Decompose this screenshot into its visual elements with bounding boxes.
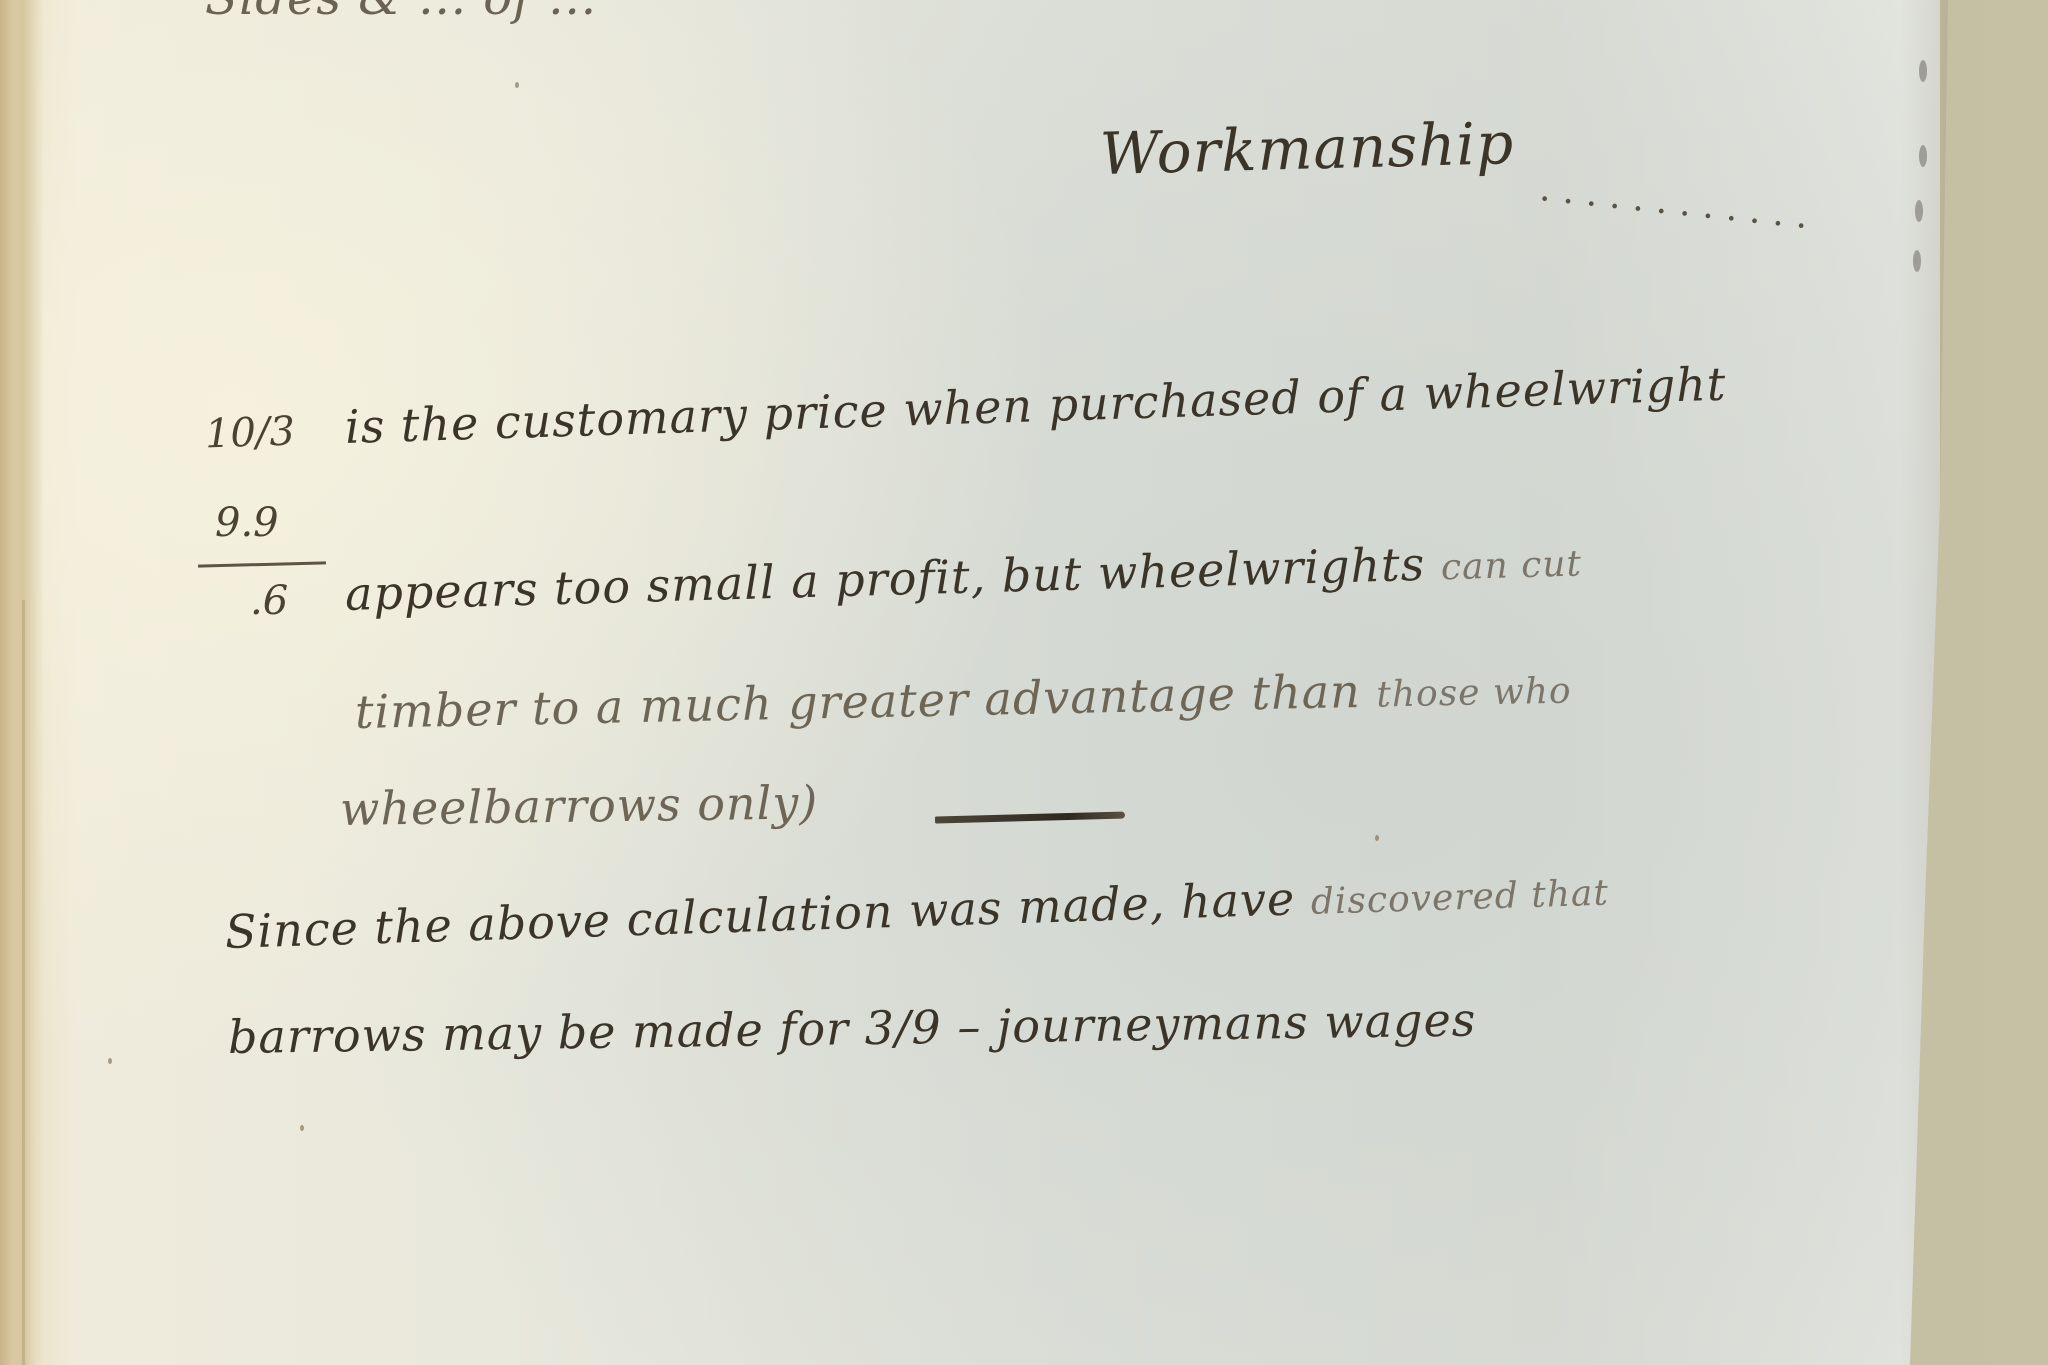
margin-price: 10/3 <box>204 408 295 457</box>
text-line-2: appears too small a profit, but wheelwri… <box>344 532 1582 621</box>
closing-dash-stroke <box>935 812 1125 824</box>
margin-difference: .6 <box>250 578 288 624</box>
text-line-4: wheelbarrows only) <box>340 775 819 836</box>
paper-speck <box>1375 835 1379 841</box>
margin-cost: 9.9 <box>215 500 279 546</box>
text-line-6: barrows may be made for 3/9 – journeyman… <box>228 993 1477 1064</box>
text-line-3: timber to a much greater advantage than … <box>354 660 1572 739</box>
line-3-tail: those who <box>1376 671 1572 716</box>
line-2-tail: can cut <box>1440 543 1582 588</box>
paper-speck <box>300 1125 304 1131</box>
line-4-text: wheelbarrows only) <box>340 775 819 836</box>
line-3-text: timber to a much greater advantage than <box>354 664 1361 739</box>
line-1-text: is the customary price when purchased of… <box>344 357 1727 454</box>
binding-crease <box>22 600 25 1365</box>
manuscript-photo: Sides & ... of ... Workmanship .........… <box>0 0 2048 1365</box>
text-line-1: is the customary price when purchased of… <box>344 357 1727 454</box>
text-line-5: Since the above calculation was made, ha… <box>224 862 1609 959</box>
line-5-tail: discovered that <box>1310 873 1609 923</box>
page-heading: Workmanship <box>1099 109 1515 188</box>
sum-underline <box>198 561 326 567</box>
heading-leader-dots: ............ <box>1538 168 1822 238</box>
paper-speck <box>108 1058 112 1064</box>
line-2-text: appears too small a profit, but wheelwri… <box>344 537 1426 621</box>
page-edge-shadow <box>1900 0 1960 1365</box>
manuscript-page: Sides & ... of ... Workmanship .........… <box>0 0 1940 1365</box>
top-cutoff-text: Sides & ... of ... <box>205 0 597 26</box>
line-5-text: Since the above calculation was made, ha… <box>224 871 1296 959</box>
paper-speck <box>515 82 519 88</box>
line-6-text: barrows may be made for 3/9 – journeyman… <box>228 993 1477 1064</box>
